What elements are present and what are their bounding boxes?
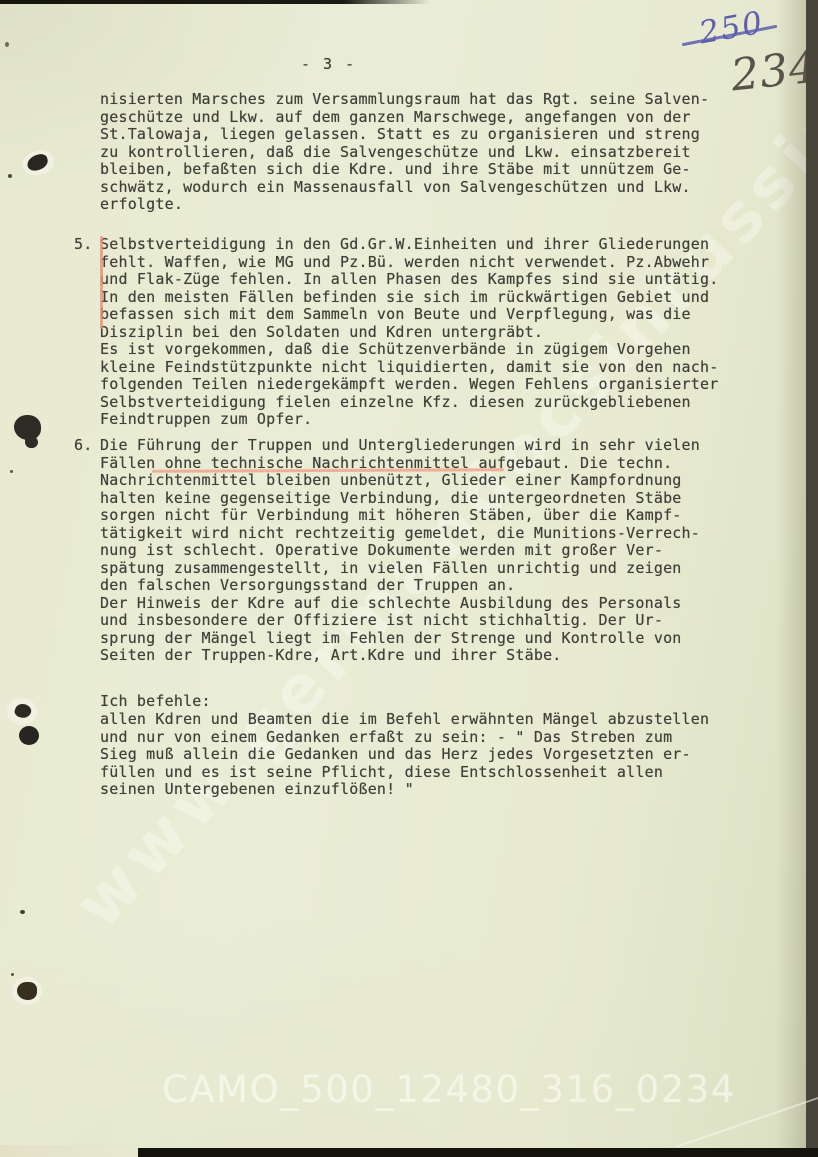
order-text: allen Kdren und Beamten die im Befehl er…: [100, 711, 709, 799]
ink-blot: [25, 436, 38, 448]
ink-speck: [10, 470, 13, 473]
red-margin-line: [100, 236, 103, 329]
ink-blot: [17, 982, 37, 1000]
item-5-number: 5.: [74, 236, 92, 254]
order-heading: Ich befehle:: [100, 693, 211, 711]
ink-speck: [11, 973, 14, 976]
corner-tear: [0, 1145, 140, 1157]
scan-edge-bottom: [138, 1148, 818, 1157]
scanned-document-page: www.germandocsinrussia CAMO_500_12480_31…: [0, 0, 818, 1157]
ink-blot: [19, 726, 39, 745]
ink-speck: [20, 910, 25, 914]
page-number: - 3 -: [301, 56, 356, 74]
item-6-number: 6.: [74, 437, 92, 455]
scan-edge-top: [0, 0, 430, 4]
archive-code-watermark: CAMO_500_12480_316_0234: [162, 1068, 736, 1111]
paragraph-continuation: nisierten Marsches zum Versammlungsraum …: [100, 91, 709, 214]
ink-speck: [8, 174, 12, 178]
page-edge-shadow: [776, 0, 806, 1157]
scan-edge-right: [806, 0, 818, 1157]
ink-speck: [5, 42, 9, 47]
item-5-text: Selbstverteidigung in den Gd.Gr.W.Einhei…: [100, 236, 718, 429]
